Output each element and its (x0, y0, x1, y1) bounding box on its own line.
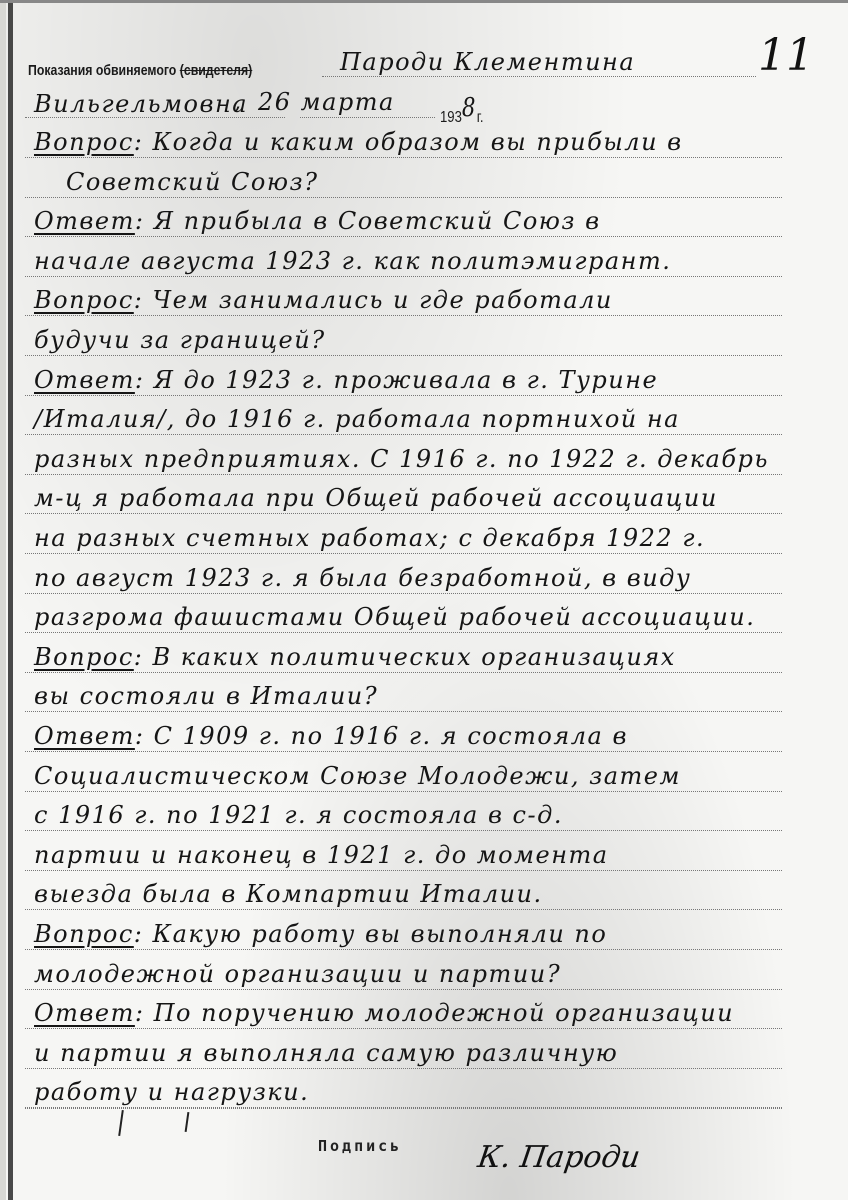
question-line: Вопрос: Чем занимались и где работали (34, 288, 613, 312)
ruled-line (25, 1068, 782, 1069)
question-label: Вопрос (34, 643, 134, 671)
ruled-line (25, 672, 782, 673)
text-line: молодежной организации и партии? (34, 962, 561, 986)
line-text: и партии я выполняла самую различную (34, 1039, 618, 1067)
page-shadow-edge (0, 0, 6, 1200)
ruled-line (25, 949, 782, 950)
ruled-line (25, 711, 782, 712)
answer-line: Ответ: По поручению молодежной организац… (34, 1001, 734, 1025)
ruled-line (322, 76, 756, 77)
line-text: на разных счетных работах; с декабря 192… (34, 524, 705, 552)
text-line: на разных счетных работах; с декабря 192… (34, 526, 705, 550)
signature: К. Пароди (476, 1140, 643, 1175)
page-binding-edge (8, 0, 13, 1200)
line-text: будучи за границей? (34, 326, 326, 354)
question-line: Вопрос: Какую работу вы выполняли по (34, 922, 607, 946)
defendant-name: Пароди Клементина (340, 50, 635, 74)
ruled-line (25, 751, 782, 752)
ruled-line (25, 830, 782, 831)
ruled-line (25, 909, 782, 910)
year-field: 1938г. (440, 101, 484, 127)
line-text: разных предприятиях. С 1916 г. по 1922 г… (34, 445, 769, 473)
answer-line: Ответ: С 1909 г. по 1916 г. я состояла в (34, 724, 628, 748)
page-top-edge (0, 0, 848, 3)
line-text: : В каких политических организациях (134, 643, 676, 671)
line-text: с 1916 г. по 1921 г. я состояла в с-д. (34, 801, 563, 829)
year-prefix: 193 (440, 109, 462, 126)
page-number: 11 (758, 30, 814, 81)
text-line: выезда была в Компартии Италии. (34, 882, 543, 906)
ruled-line (25, 197, 782, 198)
form-label: Показания обвиняемого (28, 62, 176, 79)
line-text: вы состояли в Италии? (34, 682, 378, 710)
text-line: и партии я выполняла самую различную (34, 1041, 618, 1065)
question-label: Вопрос (34, 920, 134, 948)
line-text: по август 1923 г. я была безработной, в … (34, 564, 691, 592)
year-suffix: 8 (462, 93, 477, 123)
ruled-line (25, 989, 782, 990)
line-text: : Я до 1923 г. проживала в г. Турине (135, 366, 658, 394)
ruled-line (25, 474, 782, 475)
date-separator: , (234, 92, 243, 114)
signature-label: Подпись (318, 1137, 402, 1155)
answer-label: Ответ (34, 207, 135, 235)
ruled-line (25, 157, 782, 158)
date-day-month: 26 марта (258, 90, 395, 114)
text-line: разных предприятиях. С 1916 г. по 1922 г… (34, 447, 769, 471)
line-text: Советский Союз? (66, 168, 318, 196)
ruled-line (25, 315, 782, 316)
line-text: Социалистическом Союзе Молодежи, затем (34, 762, 681, 790)
ruled-line (25, 791, 782, 792)
struck-witness-label: (свидетеля) (180, 62, 253, 79)
text-line: Социалистическом Союзе Молодежи, затем (34, 764, 681, 788)
line-text: начале августа 1923 г. как политэмигрант… (34, 247, 671, 275)
ruled-line (25, 355, 782, 356)
line-text: работу и нагрузки. (34, 1078, 309, 1106)
text-line: с 1916 г. по 1921 г. я состояла в с-д. (34, 803, 563, 827)
ruled-line (25, 1108, 782, 1109)
line-text: : С 1909 г. по 1916 г. я состояла в (135, 722, 628, 750)
ruled-line (25, 553, 782, 554)
text-line: /Италия/, до 1916 г. работала портнихой … (34, 407, 680, 431)
line-text: партии и наконец в 1921 г. до момента (34, 841, 609, 869)
question-label: Вопрос (34, 286, 134, 314)
ruled-line (25, 236, 782, 237)
text-line: м-ц я работала при Общей рабочей ассоциа… (34, 486, 718, 510)
line-text: : Я прибыла в Советский Союз в (135, 207, 601, 235)
ruled-line (25, 276, 782, 277)
line-text: : Какую работу вы выполняли по (134, 920, 608, 948)
text-line: разгрома фашистами Общей рабочей ассоциа… (34, 605, 755, 629)
line-text: /Италия/, до 1916 г. работала портнихой … (34, 405, 680, 433)
ruled-line (25, 870, 782, 871)
line-text: : Чем занимались и где работали (134, 286, 613, 314)
ruled-line (300, 117, 435, 118)
form-label-printed: Показания обвиняемого (свидетеля) (28, 62, 252, 79)
ruled-line (25, 434, 782, 435)
text-line: работу и нагрузки. (34, 1080, 309, 1104)
text-line: по август 1923 г. я была безработной, в … (34, 566, 691, 590)
text-line: партии и наконец в 1921 г. до момента (34, 843, 609, 867)
answer-line: Ответ: Я прибыла в Советский Союз в (34, 209, 601, 233)
line-text: выезда была в Компартии Италии. (34, 880, 543, 908)
text-line: Советский Союз? (66, 170, 318, 194)
answer-line: Ответ: Я до 1923 г. проживала в г. Турин… (34, 368, 658, 392)
line-text: : По поручению молодежной организации (135, 999, 734, 1027)
text-line: будучи за границей? (34, 328, 326, 352)
line-text: разгрома фашистами Общей рабочей ассоциа… (34, 603, 755, 631)
question-line: Вопрос: В каких политических организация… (34, 645, 676, 669)
ruled-line (25, 395, 782, 396)
defendant-patronymic: Вильгельмовна (34, 92, 248, 116)
ruled-line (25, 513, 782, 514)
ruled-line (25, 632, 782, 633)
answer-label: Ответ (34, 999, 135, 1027)
answer-label: Ответ (34, 366, 135, 394)
ruled-line (25, 593, 782, 594)
text-line: вы состояли в Италии? (34, 684, 378, 708)
line-text: м-ц я работала при Общей рабочей ассоциа… (34, 484, 718, 512)
line-text: : Когда и каким образом вы прибыли в (134, 128, 683, 156)
question-label: Вопрос (34, 128, 134, 156)
ruled-line (25, 1028, 782, 1029)
answer-label: Ответ (34, 722, 135, 750)
year-unit: г. (477, 109, 484, 126)
line-text: молодежной организации и партии? (34, 960, 561, 988)
question-line: Вопрос: Когда и каким образом вы прибыли… (34, 130, 683, 154)
text-line: начале августа 1923 г. как политэмигрант… (34, 249, 671, 273)
